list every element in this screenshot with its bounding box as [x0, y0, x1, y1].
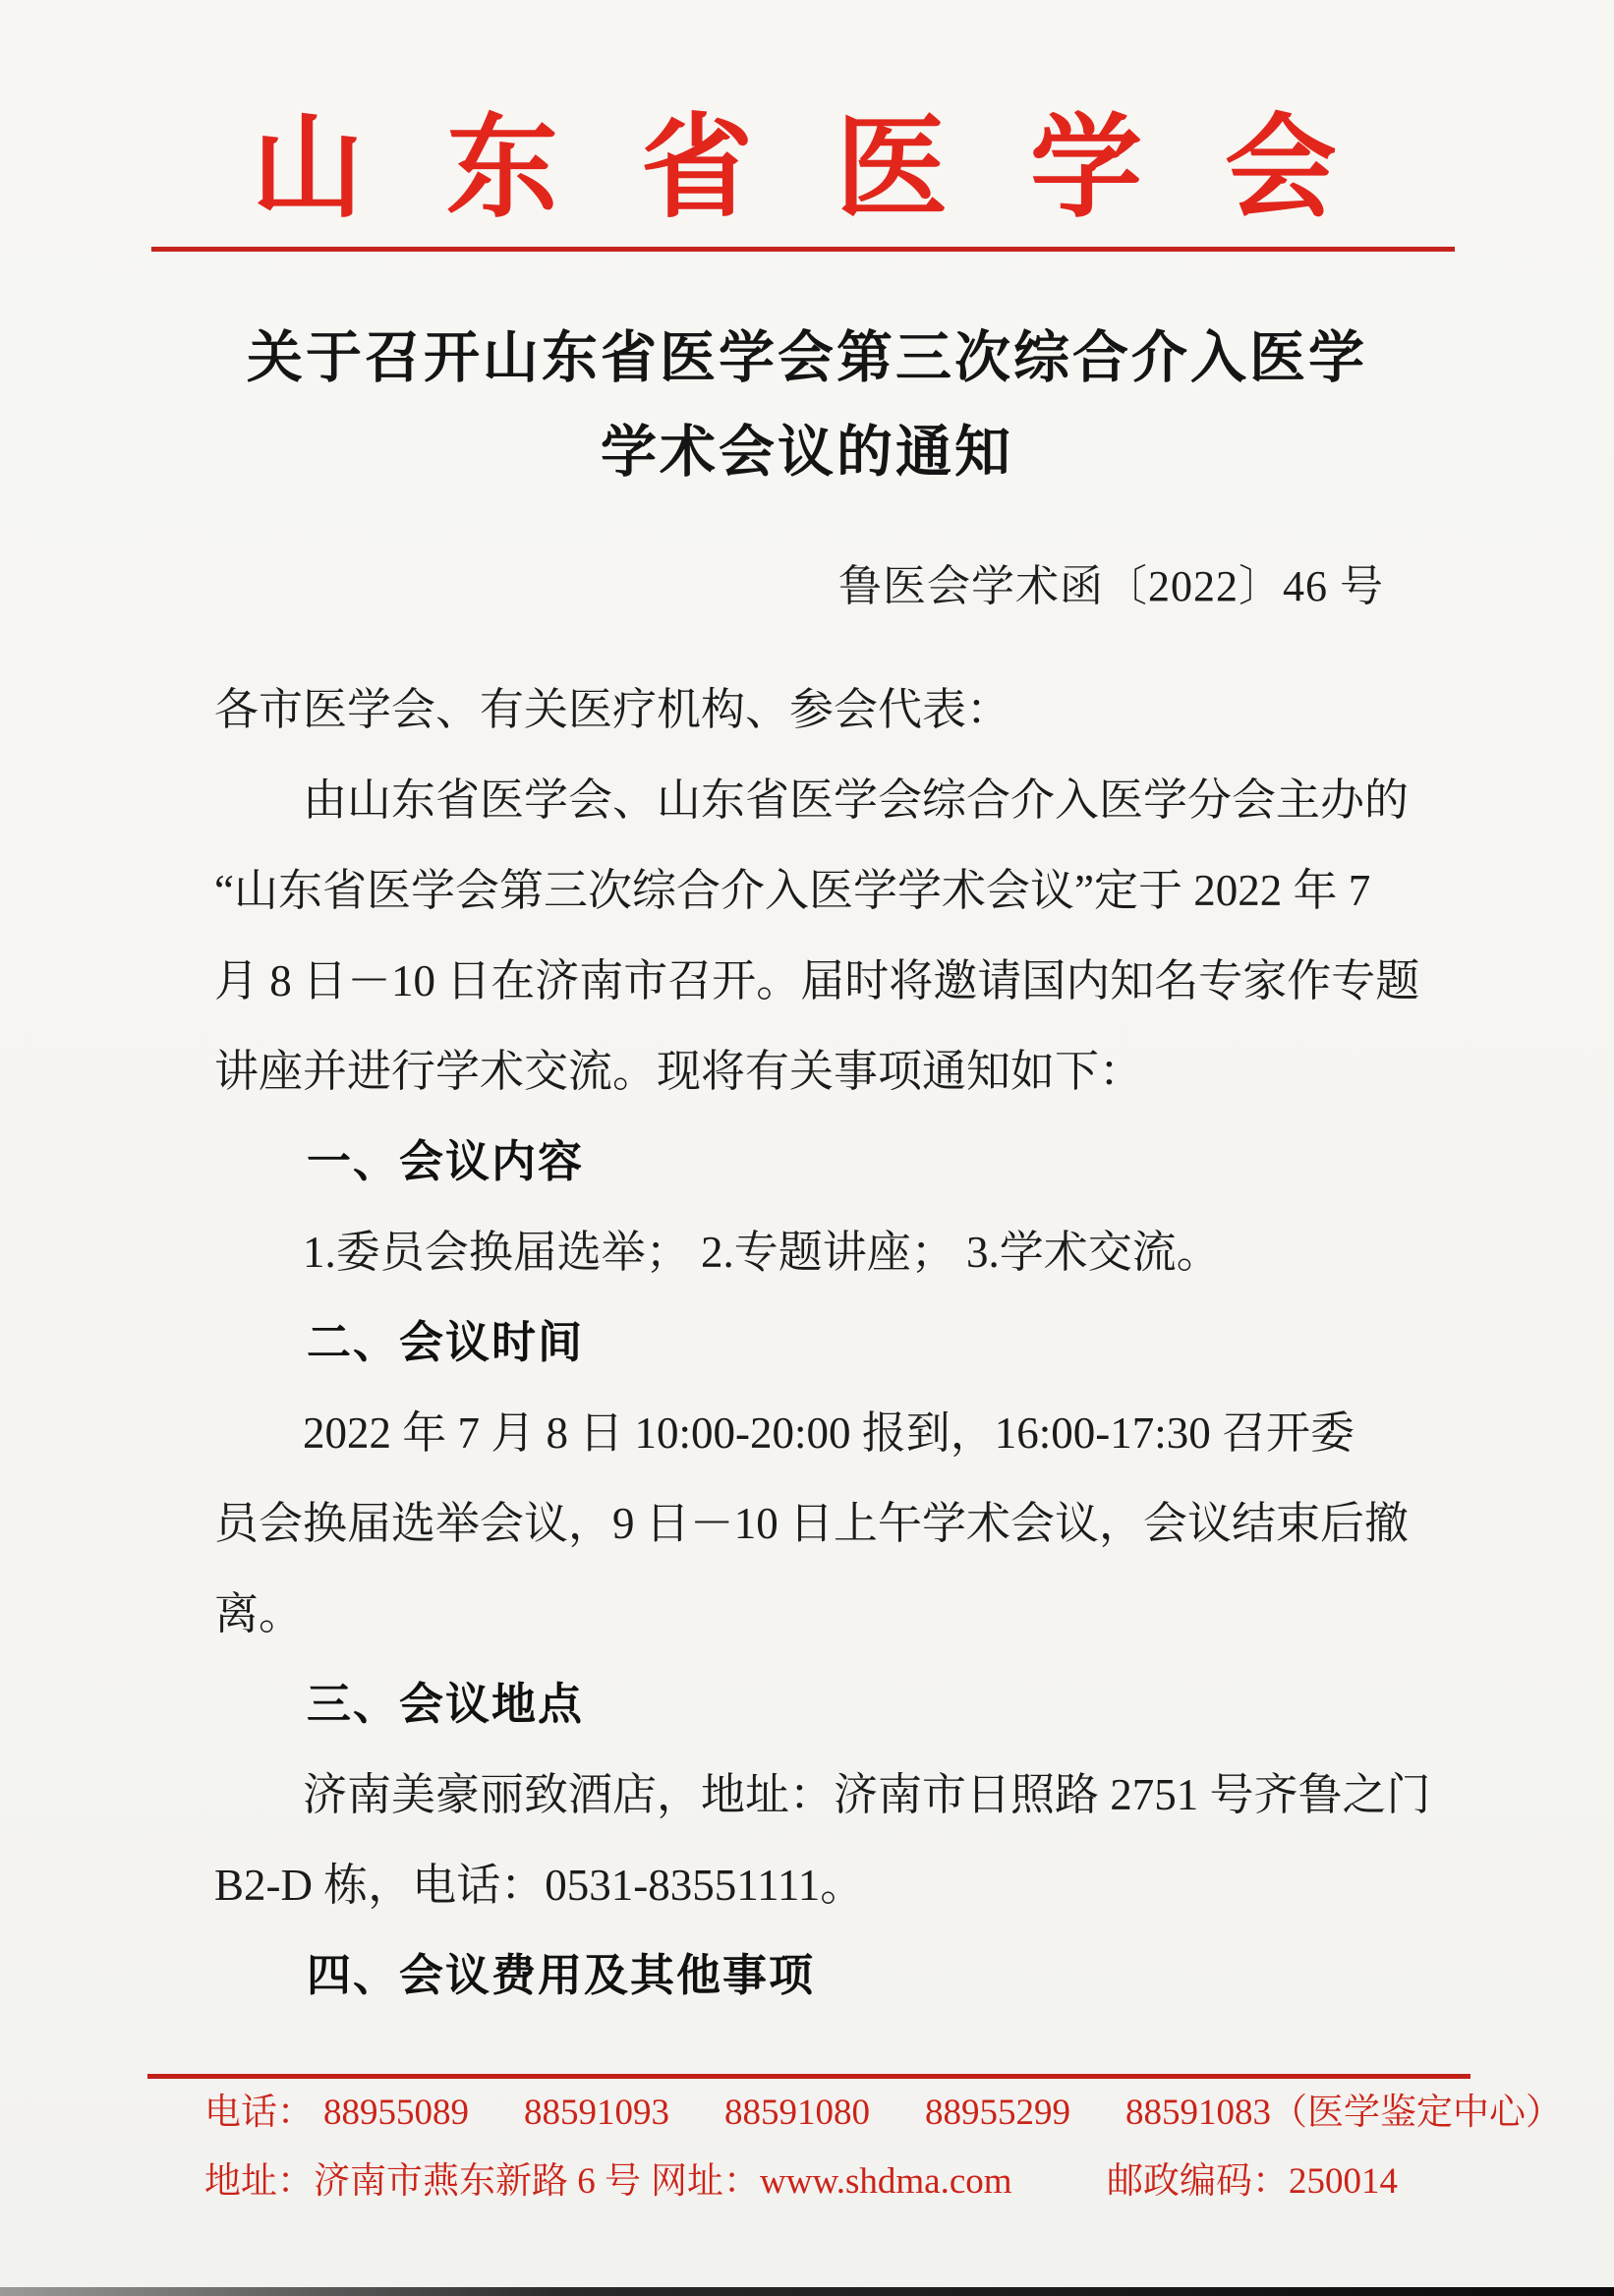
body-line: “山东省医学会第三次综合介入医学学术会议”定于 2022 年 7 — [214, 845, 1492, 936]
footer-address-label: 地址： — [204, 2161, 314, 2202]
document-title-line1: 关于召开山东省医学会第三次综合介入医学 — [0, 311, 1614, 405]
footer-rule — [147, 2074, 1470, 2079]
body-line: B2-D 栋，电话：0531-83551111。 — [214, 1840, 1492, 1930]
scan-bottom-edge — [0, 2287, 1614, 2296]
footer-zipcode-label: 邮政编码： — [1107, 2161, 1289, 2202]
footer-phone: 88955089 — [323, 2090, 469, 2137]
footer-phone: 88955299 — [925, 2090, 1070, 2137]
footer-address-line: 地址：济南市燕东新路 6 号 网址：www.shdma.com 邮政编码：250… — [0, 2158, 1614, 2206]
org-title-char: 东 — [446, 106, 558, 232]
body-line: 各市医学会、有关医疗机构、参会代表： — [214, 664, 1492, 755]
body-line: 2022 年 7 月 8 日 10:00-20:00 报到，16:00-17:3… — [214, 1388, 1492, 1478]
section-heading-3: 三、会议地点 — [214, 1659, 1492, 1750]
document-title-line2: 学术会议的通知 — [0, 405, 1614, 499]
footer-phone: 88591080 — [724, 2090, 870, 2137]
footer-zipcode: 邮政编码：250014 — [1107, 2158, 1398, 2206]
org-title-char: 医 — [836, 106, 948, 232]
body-line: 月 8 日－10 日在济南市召开。届时将邀请国内知名专家作专题 — [214, 936, 1492, 1026]
footer-website: 网址：www.shdma.com — [651, 2158, 1012, 2206]
footer-phones-line: 电话： 88955089 88591093 88591080 88955299 … — [204, 2090, 1562, 2137]
org-title: 山 东 省 医 学 会 — [252, 106, 1337, 232]
org-title-char: 山 — [252, 106, 364, 232]
header-rule — [151, 247, 1455, 252]
org-title-char: 省 — [641, 106, 753, 232]
body-line: 员会换届选举会议，9 日－10 日上午学术会议，会议结束后撤 — [214, 1478, 1492, 1569]
org-title-char: 学 — [1030, 106, 1142, 232]
footer-phone: 88591093 — [524, 2090, 669, 2137]
section-heading-4: 四、会议费用及其他事项 — [214, 1930, 1492, 2021]
body-line: 济南美豪丽致酒店，地址：济南市日照路 2751 号齐鲁之门 — [214, 1750, 1492, 1840]
body-line: 由山东省医学会、山东省医学会综合介入医学分会主办的 — [214, 755, 1492, 845]
section-heading-1: 一、会议内容 — [214, 1117, 1492, 1207]
footer-address: 地址：济南市燕东新路 6 号 — [204, 2158, 641, 2206]
document-body: 各市医学会、有关医疗机构、参会代表： 由山东省医学会、山东省医学会综合介入医学分… — [214, 664, 1492, 2021]
org-title-char: 会 — [1225, 106, 1337, 232]
footer-phone-label: 电话： — [204, 2090, 314, 2137]
document-title: 关于召开山东省医学会第三次综合介入医学 学术会议的通知 — [0, 311, 1614, 499]
body-line: 1.委员会换届选举； 2.专题讲座； 3.学术交流。 — [214, 1207, 1492, 1297]
body-line: 讲座并进行学术交流。现将有关事项通知如下： — [214, 1026, 1492, 1117]
footer-website-label: 网址： — [651, 2161, 760, 2202]
footer-zipcode-value: 250014 — [1289, 2161, 1398, 2202]
document-reference-number: 鲁医会学术函〔2022〕46 号 — [838, 550, 1384, 613]
footer-address-value: 济南市燕东新路 6 号 — [314, 2161, 641, 2202]
body-line: 离。 — [214, 1569, 1492, 1659]
document-page: 山 东 省 医 学 会 关于召开山东省医学会第三次综合介入医学 学术会议的通知 … — [0, 0, 1614, 2296]
section-heading-2: 二、会议时间 — [214, 1297, 1492, 1388]
footer-phone: 88591083（医学鉴定中心） — [1125, 2090, 1562, 2137]
footer-website-value: www.shdma.com — [760, 2161, 1012, 2202]
